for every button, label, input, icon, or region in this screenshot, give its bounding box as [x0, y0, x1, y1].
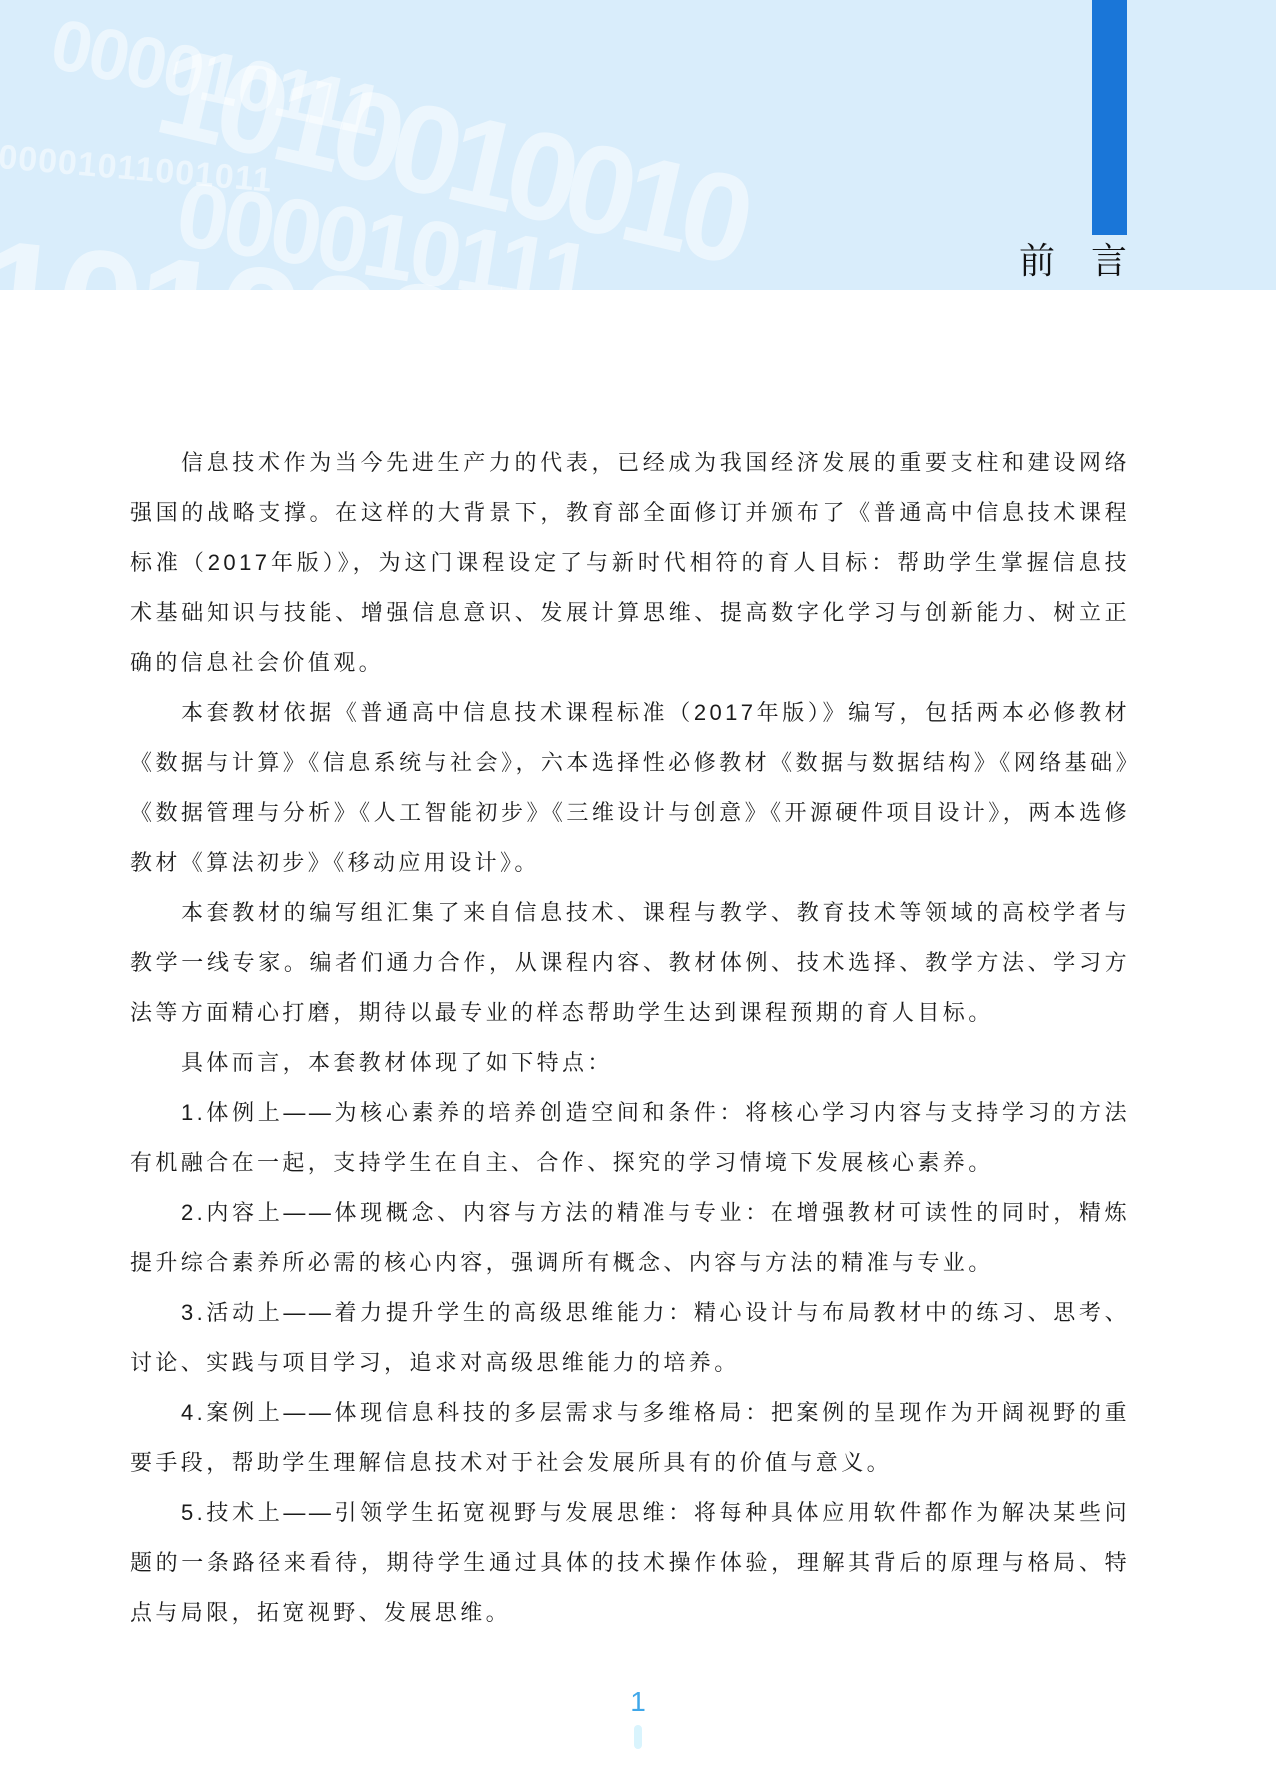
body-paragraph: 1.体例上——为核心素养的培养创造空间和条件：将核心学习内容与支持学习的方法有机…	[130, 1088, 1130, 1188]
preface-body: 信息技术作为当今先进生产力的代表，已经成为我国经济发展的重要支柱和建设网络强国的…	[130, 438, 1130, 1638]
body-paragraph: 3.活动上——着力提升学生的高级思维能力：精心设计与布局教材中的练习、思考、讨论…	[130, 1288, 1130, 1388]
body-paragraph: 具体而言，本套教材体现了如下特点：	[130, 1038, 1130, 1088]
body-paragraph: 5.技术上——引领学生拓宽视野与发展思维：将每种具体应用软件都作为解决某些问题的…	[130, 1488, 1130, 1638]
page-title: 前 言	[1019, 240, 1127, 282]
body-paragraph: 信息技术作为当今先进生产力的代表，已经成为我国经济发展的重要支柱和建设网络强国的…	[130, 438, 1130, 688]
header-accent-bar	[1092, 0, 1127, 235]
body-paragraph: 本套教材的编写组汇集了来自信息技术、课程与教学、教育技术等领域的高校学者与教学一…	[130, 888, 1130, 1038]
body-paragraph: 4.案例上——体现信息科技的多层需求与多维格局：把案例的呈现作为开阔视野的重要手…	[130, 1388, 1130, 1488]
body-paragraph: 本套教材依据《普通高中信息技术课程标准（2017年版）》编写，包括两本必修教材《…	[130, 688, 1130, 888]
page-number: 1	[0, 1688, 1276, 1716]
preface-page: 000010111 00001011001011 1010010010 0000…	[0, 0, 1276, 1789]
page-number-marker	[634, 1725, 642, 1749]
body-paragraph: 2.内容上——体现概念、内容与方法的精准与专业：在增强教材可读性的同时，精炼提升…	[130, 1188, 1130, 1288]
